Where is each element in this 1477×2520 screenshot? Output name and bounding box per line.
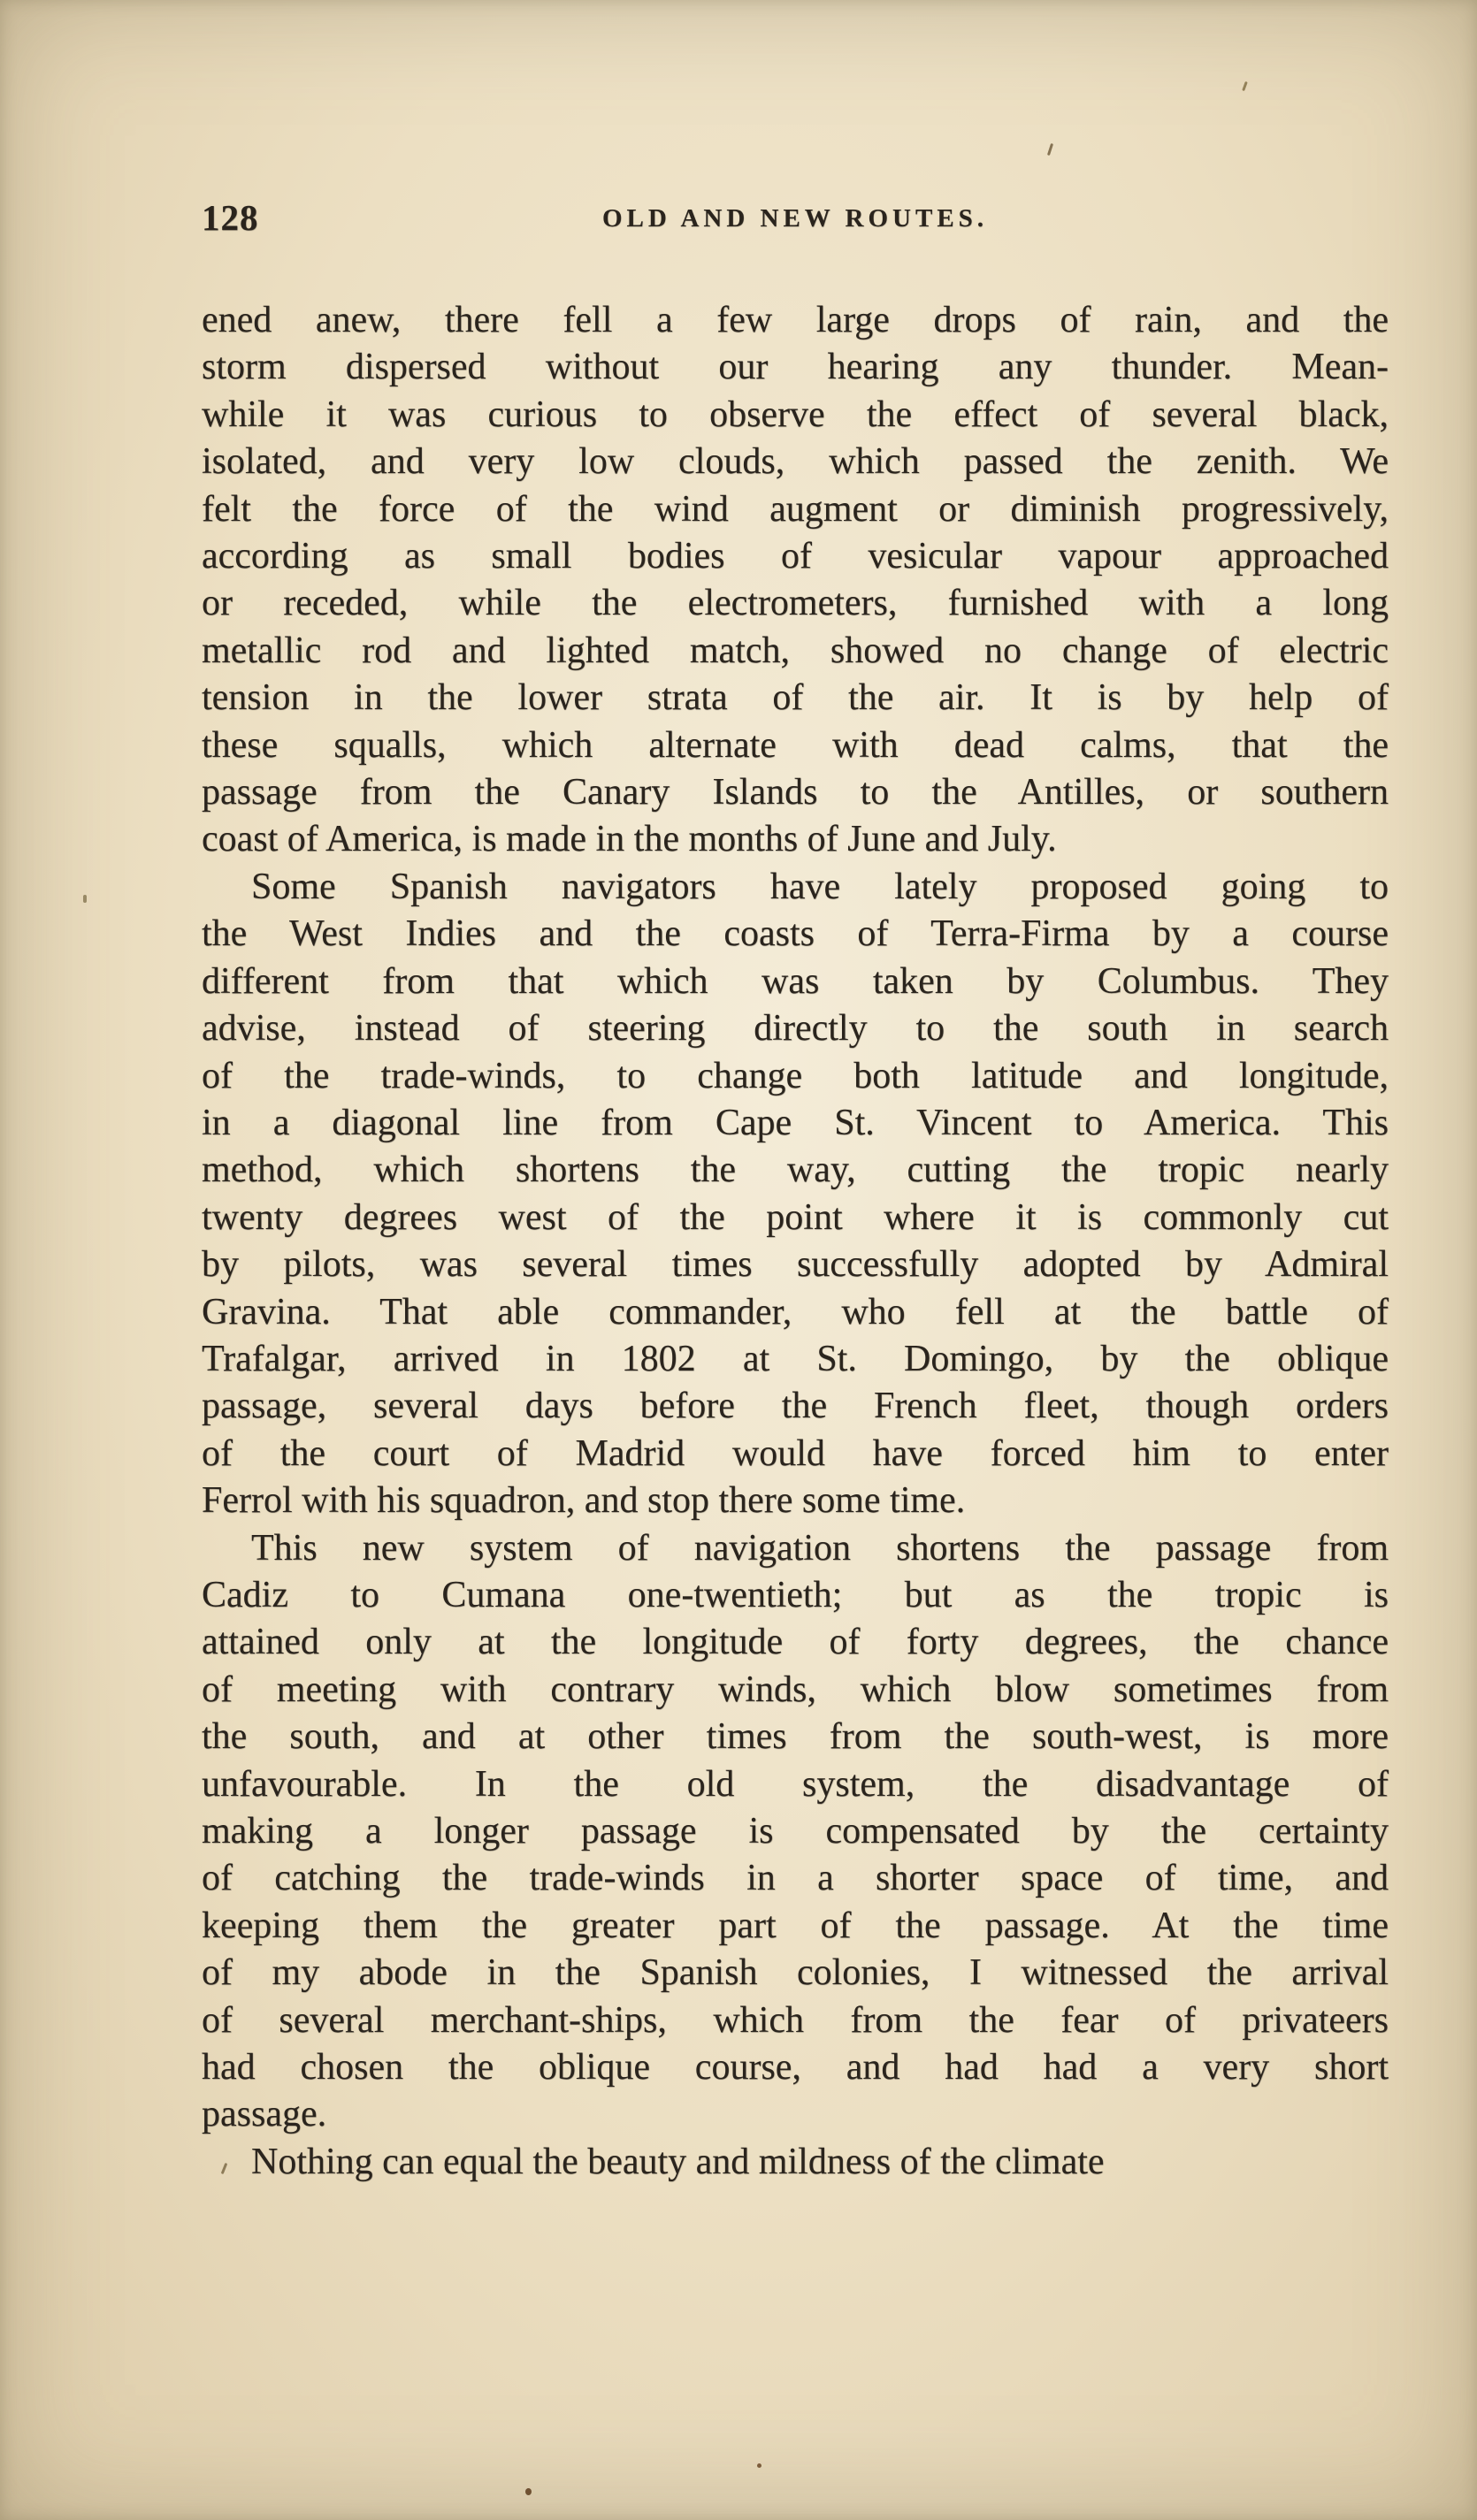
text-line: Gravina. That able commander, who fell a… bbox=[202, 1289, 1389, 1336]
text-line: Some Spanish navigators have lately prop… bbox=[202, 864, 1389, 911]
text-line: these squalls, which alternate with dead… bbox=[202, 722, 1389, 769]
text-line: by pilots, was several times successfull… bbox=[202, 1241, 1389, 1288]
text-line: keeping them the greater part of the pas… bbox=[202, 1903, 1389, 1950]
text-line: Trafalgar, arrived in 1802 at St. Doming… bbox=[202, 1336, 1389, 1383]
text-line: making a longer passage is compensated b… bbox=[202, 1808, 1389, 1855]
text-line: passage. bbox=[202, 2091, 1389, 2138]
text-line: ened anew, there fell a few large drops … bbox=[202, 297, 1389, 344]
text-line: passage from the Canary Islands to the A… bbox=[202, 769, 1389, 816]
text-line: while it was curious to observe the effe… bbox=[202, 392, 1389, 439]
text-line: of the trade-winds, to change both latit… bbox=[202, 1053, 1389, 1100]
page-body-text: ened anew, there fell a few large drops … bbox=[202, 297, 1389, 2186]
running-header-title: OLD AND NEW ROUTES. bbox=[202, 204, 1389, 233]
text-line: isolated, and very low clouds, which pas… bbox=[202, 439, 1389, 485]
text-line: twenty degrees west of the point where i… bbox=[202, 1195, 1389, 1241]
paragraph: This new system of navigation shortens t… bbox=[202, 1525, 1389, 2139]
text-line: tension in the lower strata of the air. … bbox=[202, 675, 1389, 722]
text-line: in a diagonal line from Cape St. Vincent… bbox=[202, 1100, 1389, 1147]
paragraph: Some Spanish navigators have lately prop… bbox=[202, 864, 1389, 1525]
text-line: method, which shortens the way, cutting … bbox=[202, 1147, 1389, 1194]
text-line: metallic rod and lighted match, showed n… bbox=[202, 628, 1389, 675]
text-line: Cadiz to Cumana one-twentieth; but as th… bbox=[202, 1572, 1389, 1619]
text-line: of meeting with contrary winds, which bl… bbox=[202, 1667, 1389, 1714]
text-line: felt the force of the wind augment or di… bbox=[202, 486, 1389, 533]
text-line: the West Indies and the coasts of Terra-… bbox=[202, 911, 1389, 958]
text-line: attained only at the longitude of forty … bbox=[202, 1619, 1389, 1666]
paragraph: ened anew, there fell a few large drops … bbox=[202, 297, 1389, 864]
text-line: Ferrol with his squadron, and stop there… bbox=[202, 1478, 1389, 1524]
text-line: advise, instead of steering directly to … bbox=[202, 1005, 1389, 1052]
text-line: had chosen the oblique course, and had h… bbox=[202, 2044, 1389, 2091]
text-line: storm dispersed without our hearing any … bbox=[202, 344, 1389, 391]
text-line: of the court of Madrid would have forced… bbox=[202, 1431, 1389, 1478]
text-line: according as small bodies of vesicular v… bbox=[202, 533, 1389, 580]
paragraph: Nothing can equal the beauty and mildnes… bbox=[202, 2139, 1389, 2186]
page-header: 128 OLD AND NEW ROUTES. bbox=[202, 196, 1389, 242]
text-line: of my abode in the Spanish colonies, I w… bbox=[202, 1950, 1389, 1997]
text-line: This new system of navigation shortens t… bbox=[202, 1525, 1389, 1572]
text-line: passage, several days before the French … bbox=[202, 1383, 1389, 1430]
text-line: different from that which was taken by C… bbox=[202, 958, 1389, 1005]
text-line: of catching the trade-winds in a shorter… bbox=[202, 1855, 1389, 1902]
text-line: coast of America, is made in the months … bbox=[202, 816, 1389, 863]
text-line: the south, and at other times from the s… bbox=[202, 1714, 1389, 1760]
text-line: Nothing can equal the beauty and mildnes… bbox=[202, 2139, 1389, 2186]
text-line: unfavourable. In the old system, the dis… bbox=[202, 1761, 1389, 1808]
text-line: or receded, while the electrometers, fur… bbox=[202, 580, 1389, 627]
scanned-book-page: { "header": { "page_number": "128", "run… bbox=[0, 0, 1477, 2520]
book-page: 128 OLD AND NEW ROUTES. ened anew, there… bbox=[0, 0, 1477, 2520]
text-line: of several merchant-ships, which from th… bbox=[202, 1997, 1389, 2044]
